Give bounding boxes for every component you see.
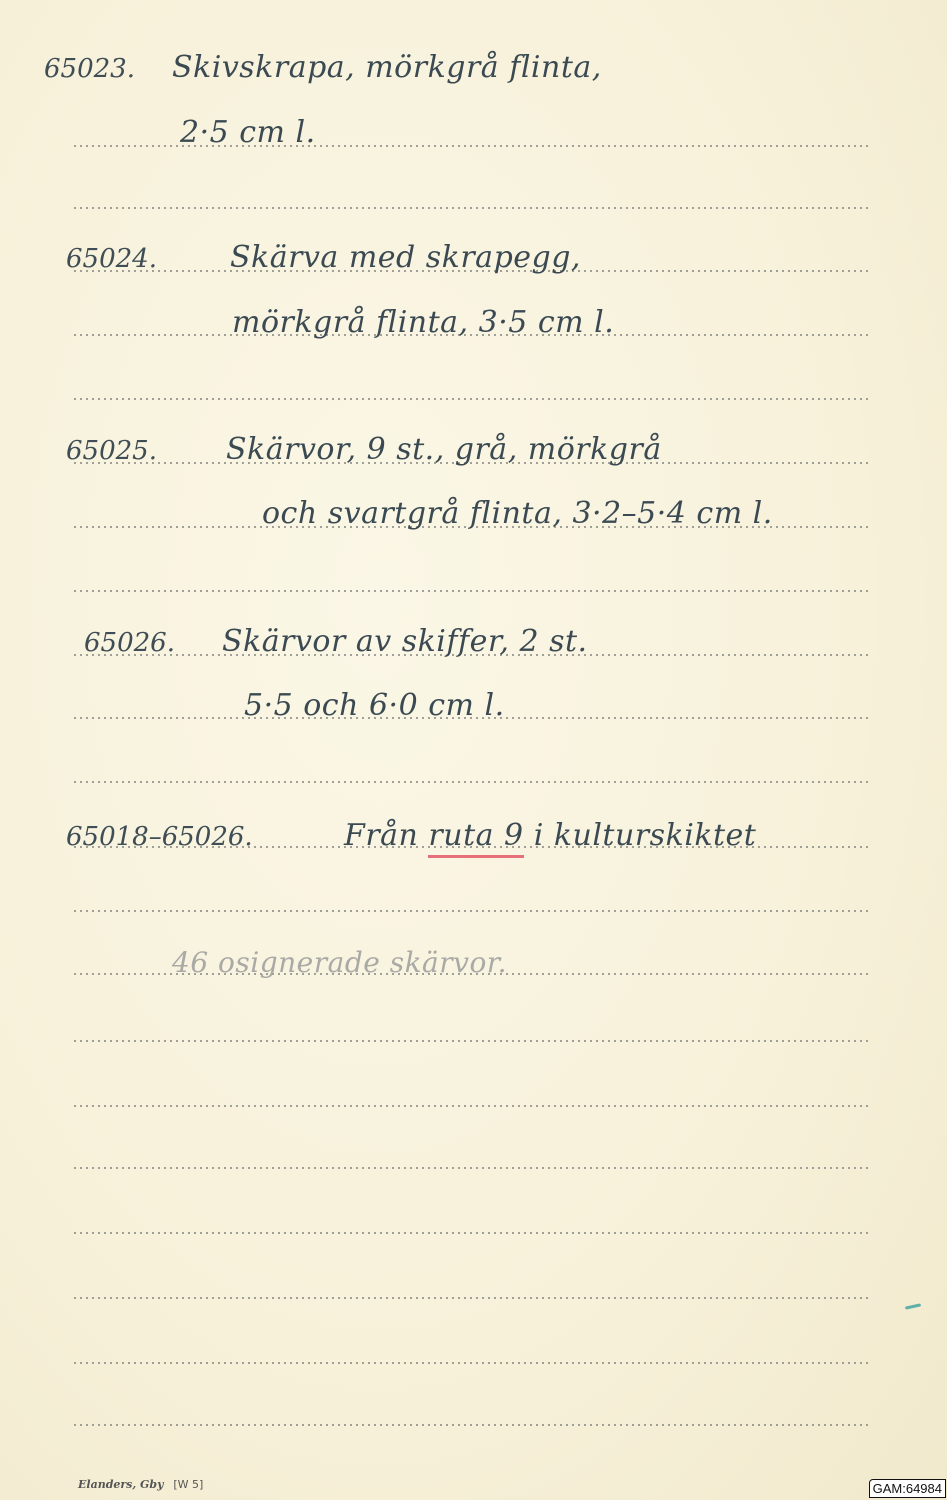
ruled-line [72,1297,870,1299]
summary-number-range: 65018–65026. [66,822,253,852]
ruled-line [72,1232,870,1234]
summary-underlined-location: ruta 9 [428,818,523,858]
entry-number: 65026. [84,628,175,658]
ruled-line [72,910,870,912]
printer-code: [W 5] [173,1478,203,1491]
entry-description: Skärvor, 9 st., grå, mörkgrå [226,432,662,467]
entry-description-cont: 5·5 och 6·0 cm l. [244,688,505,723]
ruled-line [72,590,870,592]
entry-description: Skärvor av skiffer, 2 st. [222,624,588,659]
printer-imprint: Elanders, Gby [W 5] [78,1478,203,1491]
entry-number: 65025. [66,436,157,466]
summary-text: Från ruta 9 i kulturskiktet [344,818,756,853]
ruled-line [72,1040,870,1042]
ruled-line [72,1105,870,1107]
pencil-note: 46 osignerade skärvor. [172,946,507,979]
ruled-line [72,1362,870,1364]
entry-description-cont: och svartgrå flinta, 3·2–5·4 cm l. [262,496,773,531]
entry-number: 65024. [66,244,157,274]
catalog-card: 65023. Skivskrapa, mörkgrå flinta, 2·5 c… [0,0,947,1500]
catalog-id-label: GAM:64984 [869,1479,946,1498]
summary-prefix: Från [344,818,418,853]
ruled-line [72,207,870,209]
ink-mark [905,1303,921,1309]
ruled-line [72,1167,870,1169]
ruled-line [72,398,870,400]
printer-name: Elanders, Gby [78,1478,164,1491]
entry-description-cont: 2·5 cm l. [180,115,316,150]
ruled-line [72,1424,870,1426]
entry-description: Skivskrapa, mörkgrå flinta, [172,50,602,85]
entry-description: Skärva med skrapegg, [230,240,581,275]
entry-description-cont: mörkgrå flinta, 3·5 cm l. [232,305,614,340]
ruled-line [72,781,870,783]
entry-number: 65023. [44,54,135,84]
summary-suffix: i kulturskiktet [534,818,757,853]
